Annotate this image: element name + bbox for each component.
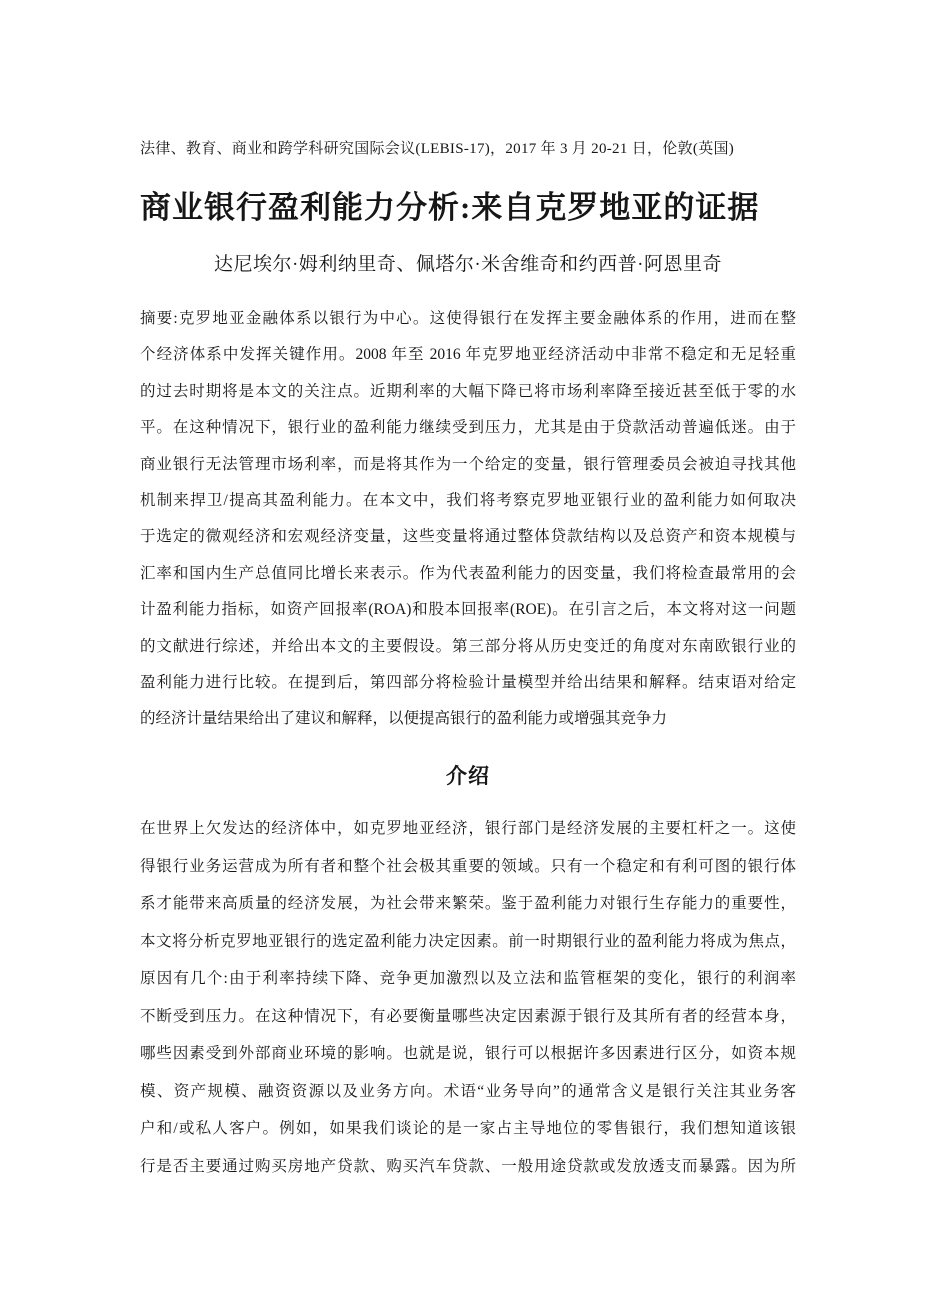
text-line: 系才能带来高质量的经济发展，为社会带来繁荣。鉴于盈利能力对银行生存能力的重要性， bbox=[140, 885, 796, 923]
text-line: 商业银行无法管理市场利率，而是将其作为一个给定的变量，银行管理委员会被迫寻找其他 bbox=[140, 447, 796, 483]
authors-line: 达尼埃尔·姆利纳里奇、佩塔尔·米舍维奇和约西普·阿恩里奇 bbox=[140, 252, 796, 278]
text-line: 行是否主要通过购买房地产贷款、购买汽车贷款、一般用途贷款或发放透支而暴露。因为所 bbox=[140, 1148, 796, 1186]
paper-title: 商业银行盈利能力分析:来自克罗地亚的证据 bbox=[140, 183, 796, 233]
section-heading-introduction: 介绍 bbox=[140, 762, 796, 790]
text-line: 盈利能力进行比较。在提到后，第四部分将检验计量模型并给出结果和解释。结束语对给定 bbox=[140, 665, 796, 701]
text-line: 汇率和国内生产总值同比增长来表示。作为代表盈利能力的因变量，我们将检查最常用的会 bbox=[140, 556, 796, 592]
conference-header: 法律、教育、商业和跨学科研究国际会议(LEBIS-17)，2017 年 3 月 … bbox=[140, 138, 796, 160]
text-line: 机制来捍卫/提高其盈利能力。在本文中，我们将考察克罗地亚银行业的盈利能力如何取决 bbox=[140, 483, 796, 519]
text-line: 平。在这种情况下，银行业的盈利能力继续受到压力，尤其是由于贷款活动普遍低迷。由于 bbox=[140, 410, 796, 446]
text-line: 户和/或私人客户。例如，如果我们谈论的是一家占主导地位的零售银行，我们想知道该银 bbox=[140, 1110, 796, 1148]
text-line: 不断受到压力。在这种情况下，有必要衡量哪些决定因素源于银行及其所有者的经营本身， bbox=[140, 998, 796, 1036]
text-line: 摘要:克罗地亚金融体系以银行为中心。这使得银行在发挥主要金融体系的作用，进而在整 bbox=[140, 301, 796, 337]
text-line: 的经济计量结果给出了建议和解释，以便提高银行的盈利能力或增强其竞争力 bbox=[140, 701, 796, 737]
abstract-paragraph: 摘要:克罗地亚金融体系以银行为中心。这使得银行在发挥主要金融体系的作用，进而在整… bbox=[140, 301, 796, 738]
text-line: 哪些因素受到外部商业环境的影响。也就是说，银行可以根据许多因素进行区分，如资本规 bbox=[140, 1035, 796, 1073]
text-line: 本文将分析克罗地亚银行的选定盈利能力决定因素。前一时期银行业的盈利能力将成为焦点… bbox=[140, 923, 796, 961]
text-line: 模、资产规模、融资资源以及业务方向。术语“业务导向”的通常含义是银行关注其业务客 bbox=[140, 1073, 796, 1111]
text-line: 的文献进行综述，并给出本文的主要假设。第三部分将从历史变迁的角度对东南欧银行业的 bbox=[140, 629, 796, 665]
introduction-paragraph: 在世界上欠发达的经济体中，如克罗地亚经济，银行部门是经济发展的主要杠杆之一。这使… bbox=[140, 810, 796, 1185]
text-line: 个经济体系中发挥关键作用。2008 年至 2016 年克罗地亚经济活动中非常不稳… bbox=[140, 337, 796, 373]
text-line: 的过去时期将是本文的关注点。近期利率的大幅下降已将市场利率降至接近甚至低于零的水 bbox=[140, 374, 796, 410]
text-line: 原因有几个:由于利率持续下降、竞争更加激烈以及立法和监管框架的变化，银行的利润率 bbox=[140, 960, 796, 998]
text-line: 得银行业务运营成为所有者和整个社会极其重要的领域。只有一个稳定和有利可图的银行体 bbox=[140, 848, 796, 886]
text-line: 于选定的微观经济和宏观经济变量，这些变量将通过整体贷款结构以及总资产和资本规模与 bbox=[140, 519, 796, 555]
text-line: 在世界上欠发达的经济体中，如克罗地亚经济，银行部门是经济发展的主要杠杆之一。这使 bbox=[140, 810, 796, 848]
document-page: 法律、教育、商业和跨学科研究国际会议(LEBIS-17)，2017 年 3 月 … bbox=[0, 0, 926, 1309]
text-line: 计盈利能力指标，如资产回报率(ROA)和股本回报率(ROE)。在引言之后，本文将… bbox=[140, 592, 796, 628]
